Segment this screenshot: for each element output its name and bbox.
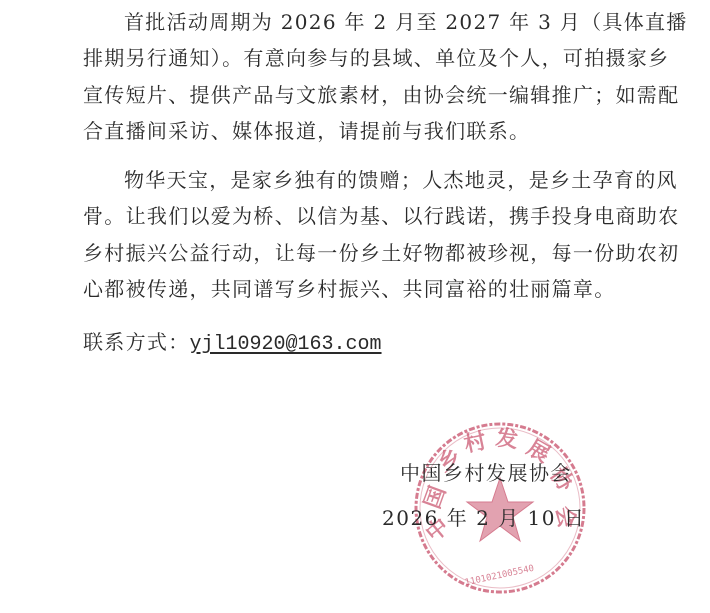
paragraph-line: 排期另行通知）。有意向参与的县域、单位及个人，可拍摄家乡 [83,46,669,70]
contact-email-link[interactable]: yjl10920@163.com [190,333,382,356]
signature-organization: 中国乡村发展协会 [400,461,572,485]
paragraph-line: 物华天宝，是家乡独有的馈赠；人杰地灵，是乡土孕育的风 [124,168,678,192]
paragraph-line: 宣传短片、提供产品与文旅素材，由协会统一编辑推广；如需配 [83,83,679,107]
paragraph-line: 骨。让我们以爱为桥、以信为基、以行践诺，携手投身电商助农 [83,204,679,228]
svg-text:村: 村 [462,428,489,458]
contact-line: 联系方式：yjl10920@163.com [83,330,382,357]
contact-label: 联系方式： [83,330,190,354]
paragraph-line: 合直播间采访、媒体报道，请提前与我们联系。 [83,119,530,143]
signature-date: 2026 年 2 月 10 日 [382,506,585,530]
svg-text:发: 发 [494,425,519,454]
paragraph-line: 心都被传递，共同谱写乡村振兴、共同富裕的壮丽篇章。 [83,277,616,301]
paragraph-line: 乡村振兴公益行动，让每一份乡土好物都被珍视，每一份助农初 [83,241,679,265]
paragraph-line: 首批活动周期为 2026 年 2 月至 2027 年 3 月（具体直播 [124,10,688,34]
